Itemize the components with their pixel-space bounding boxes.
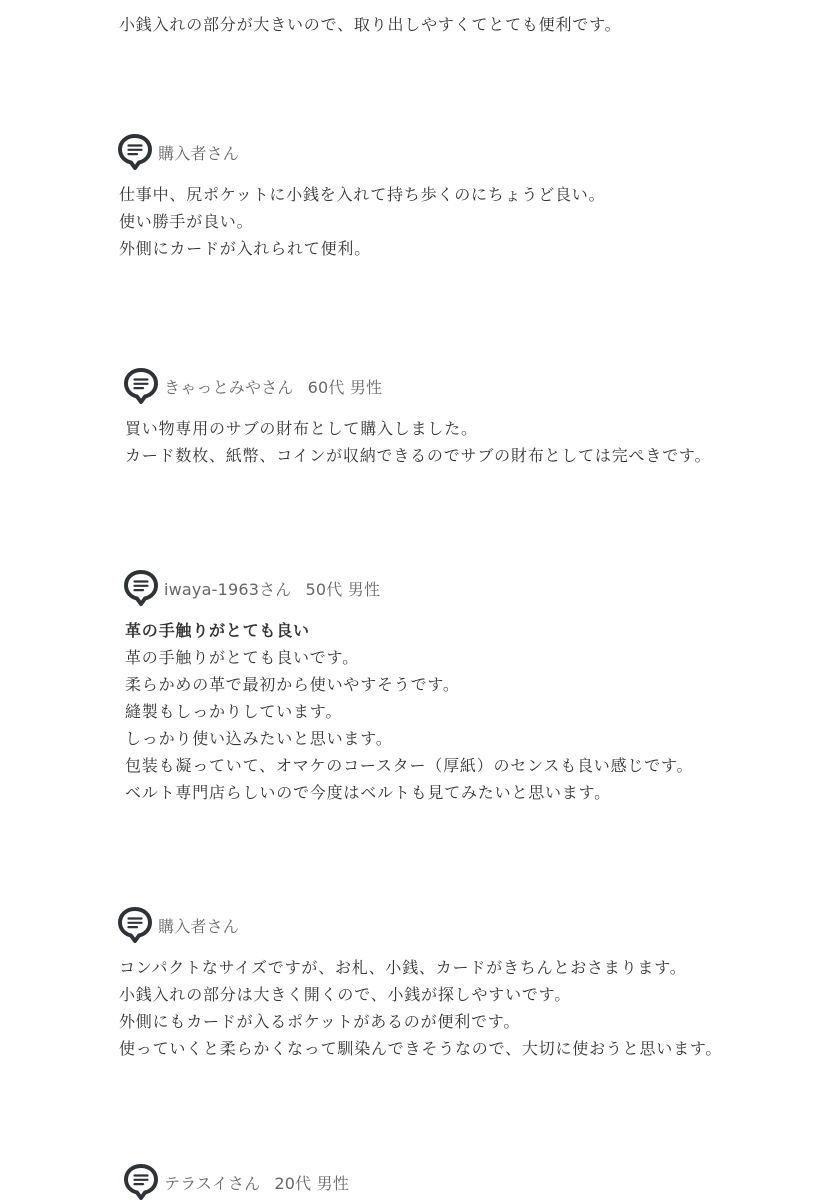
reviewer-demographic: 50代 男性 [306,577,381,600]
reviewer-name: きゃっとみやさん [164,375,294,398]
speech-bubble-icon [123,569,159,607]
review-line: 小銭入れの部分は大きく開くので、小銭が探しやすいです。 [119,981,830,1008]
reviewer-name: 購入者さん [158,914,239,937]
review-line: 包装も凝っていて、オマケのコースター（厚紙）のセンスも良い感じです。 [125,752,830,779]
review-item: 購入者さん 仕事中、尻ポケットに小銭を入れて持ち歩くのにちょうど良い。 使い勝手… [117,132,830,262]
reviewer-header: iwaya-1963さん 50代 男性 [123,568,830,608]
review-line: 仕事中、尻ポケットに小銭を入れて持ち歩くのにちょうど良い。 [119,181,830,208]
review-item: きゃっとみやさん 60代 男性 買い物専用のサブの財布として購入しました。 カー… [123,366,830,469]
speech-bubble-icon [117,906,153,944]
review-line: 革の手触りがとても良いです。 [125,644,830,671]
speech-bubble-icon [117,133,153,171]
reviewer-header: テラスイさん 20代 男性 [123,1162,830,1200]
reviewer-name: 購入者さん [158,141,239,164]
review-item: 購入者さん コンパクトなサイズですが、お札、小銭、カードがきちんとおさまります。… [117,905,830,1062]
review-line: 使い勝手が良い。 [119,208,830,235]
review-item: テラスイさん 20代 男性 [123,1162,830,1200]
reviewer-name: iwaya-1963さん [164,577,292,600]
speech-bubble-icon [123,1163,159,1200]
reviewer-demographic: 60代 男性 [308,375,383,398]
speech-bubble-icon [123,367,159,405]
reviewer-name: テラスイさん [164,1171,260,1194]
review-line: 縫製もしっかりしています。 [125,698,830,725]
review-title: 革の手触りがとても良い [125,617,830,644]
reviewer-header: きゃっとみやさん 60代 男性 [123,366,830,406]
review-line: コンパクトなサイズですが、お札、小銭、カードがきちんとおさまります。 [119,954,830,981]
review-line: 外側にカードが入れられて便利。 [119,235,830,262]
review-line: 使っていくと柔らかくなって馴染んできそうなので、大切に使おうと思います。 [119,1035,830,1062]
reviewer-header: 購入者さん [117,132,830,172]
review-line: 外側にもカードが入るポケットがあるのが便利です。 [119,1008,830,1035]
review-fragment: 小銭入れの部分が大きいので、取り出しやすくてとても便利です。 [119,11,830,38]
review-line: 柔らかめの革で最初から使いやすそうです。 [125,671,830,698]
review-line: 小銭入れの部分が大きいので、取り出しやすくてとても便利です。 [119,11,830,38]
review-line: ベルト専門店らしいので今度はベルトも見てみたいと思います。 [125,779,830,806]
review-item: iwaya-1963さん 50代 男性 革の手触りがとても良い 革の手触りがとて… [123,568,830,806]
reviewer-header: 購入者さん [117,905,830,945]
review-line: 買い物専用のサブの財布として購入しました。 [125,415,830,442]
review-line: カード数枚、紙幣、コインが収納できるのでサブの財布としては完ぺきです。 [125,442,830,469]
reviewer-demographic: 20代 男性 [274,1171,349,1194]
review-line: しっかり使い込みたいと思います。 [125,725,830,752]
